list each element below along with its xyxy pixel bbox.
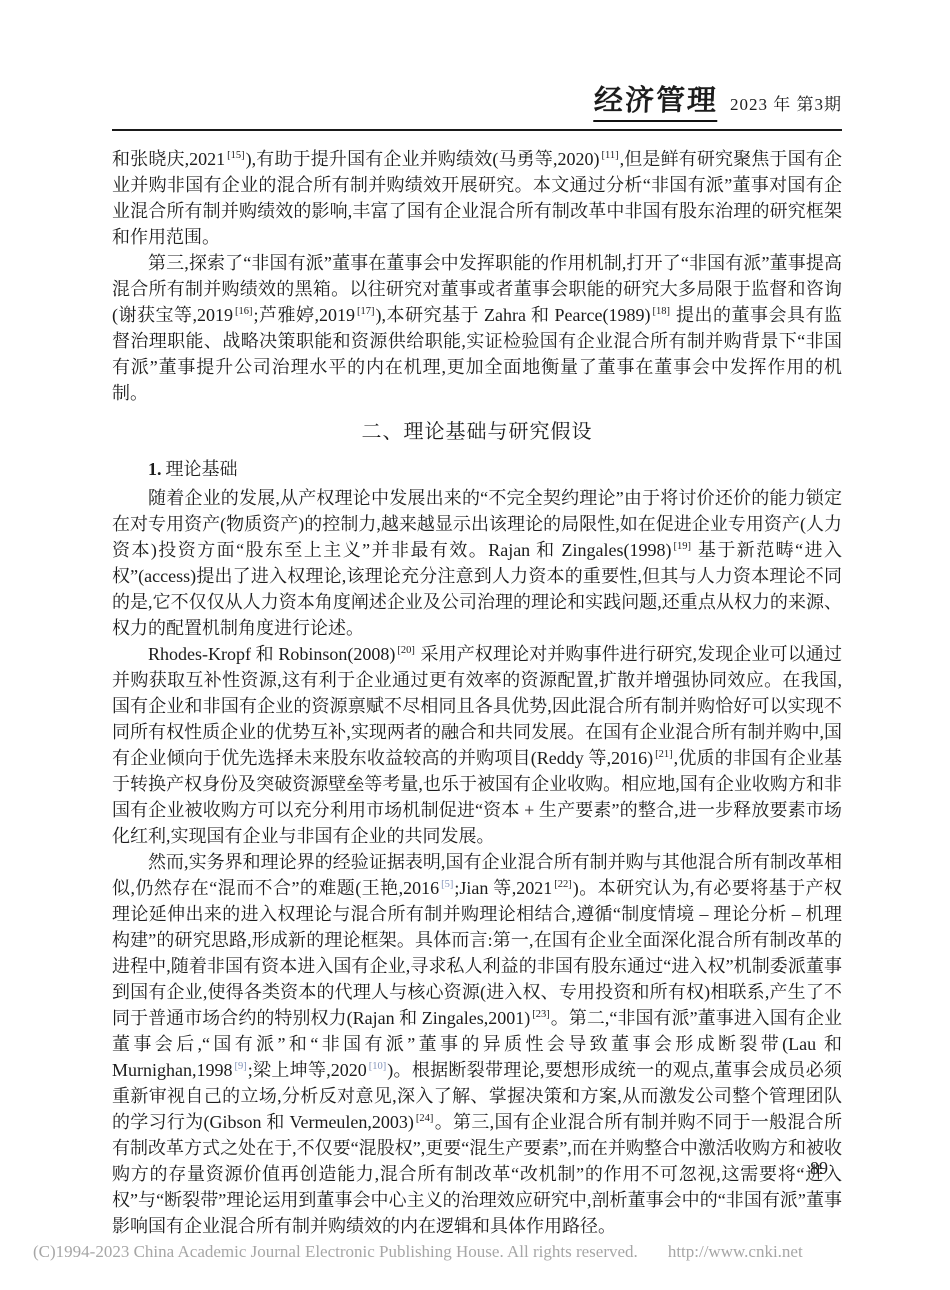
reference-superscript: [17] (357, 306, 375, 317)
text-run: ;Jian 等,2021 (454, 878, 552, 898)
text-run: Rhodes-Kropf 和 Robinson(2008) (148, 644, 395, 664)
paragraph: Rhodes-Kropf 和 Robinson(2008)[20] 采用产权理论… (112, 641, 842, 849)
paragraph: 随着企业的发展,从产权理论中发展出来的“不完全契约理论”由于将讨价还价的能力锁定… (112, 485, 842, 641)
section-heading: 二、理论基础与研究假设 (112, 419, 842, 445)
paragraph: 和张晓庆,2021[15]),有助于提升国有企业并购绩效(马勇等,2020)[1… (112, 146, 842, 250)
reference-superscript: [18] (652, 306, 670, 317)
text-run: 和张晓庆,2021 (112, 149, 225, 169)
reference-superscript: [21] (655, 749, 673, 760)
page-number: 89 (810, 1158, 828, 1179)
reference-superscript[interactable]: [9] (235, 1061, 247, 1072)
reference-superscript[interactable]: [5] (441, 879, 453, 890)
cnki-url: http://www.cnki.net (668, 1242, 803, 1261)
text-run: ;梁上坤等,2020 (248, 1060, 367, 1080)
subsection-title: 理论基础 (166, 459, 238, 479)
reference-superscript: [22] (554, 879, 572, 890)
reference-superscript: [11] (601, 150, 618, 161)
text-run: ;芦雅婷,2019 (254, 305, 356, 325)
subsection-number: 1. (148, 459, 162, 479)
subsection-heading: 1.理论基础 (112, 456, 842, 482)
reference-superscript: [20] (397, 645, 415, 656)
page-header: 经济管理 2023 年 第3期 (112, 0, 842, 122)
reference-superscript: [19] (673, 541, 691, 552)
header-divider (112, 129, 842, 131)
text-run: ),有助于提升国有企业并购绩效(马勇等,2020) (246, 149, 600, 169)
reference-superscript: [15] (227, 150, 245, 161)
copyright-text: (C)1994-2023 China Academic Journal Elec… (33, 1242, 638, 1261)
page-footer: (C)1994-2023 China Academic Journal Elec… (33, 1242, 803, 1262)
reference-superscript[interactable]: [10] (369, 1061, 387, 1072)
text-run: ),本研究基于 Zahra 和 Pearce(1989) (376, 305, 651, 325)
reference-superscript: [24] (416, 1113, 434, 1124)
article-body: 和张晓庆,2021[15]),有助于提升国有企业并购绩效(马勇等,2020)[1… (112, 146, 842, 1239)
paragraph: 第三,探索了“非国有派”董事在董事会中发挥职能的作用机制,打开了“非国有派”董事… (112, 250, 842, 406)
reference-superscript: [23] (532, 1009, 550, 1020)
reference-superscript: [16] (235, 306, 253, 317)
issue-info: 2023 年 第3期 (730, 90, 842, 115)
paragraph: 然而,实务界和理论界的经验证据表明,国有企业混合所有制并购与其他混合所有制改革相… (112, 849, 842, 1239)
text-run: )。本研究认为,有必要将基于产权理论延伸出来的进入权理论与混合所有制并购理论相结… (112, 878, 842, 1028)
journal-logo: 经济管理 (593, 78, 719, 122)
page: 经济管理 2023 年 第3期 和张晓庆,2021[15]),有助于提升国有企业… (0, 0, 950, 1239)
